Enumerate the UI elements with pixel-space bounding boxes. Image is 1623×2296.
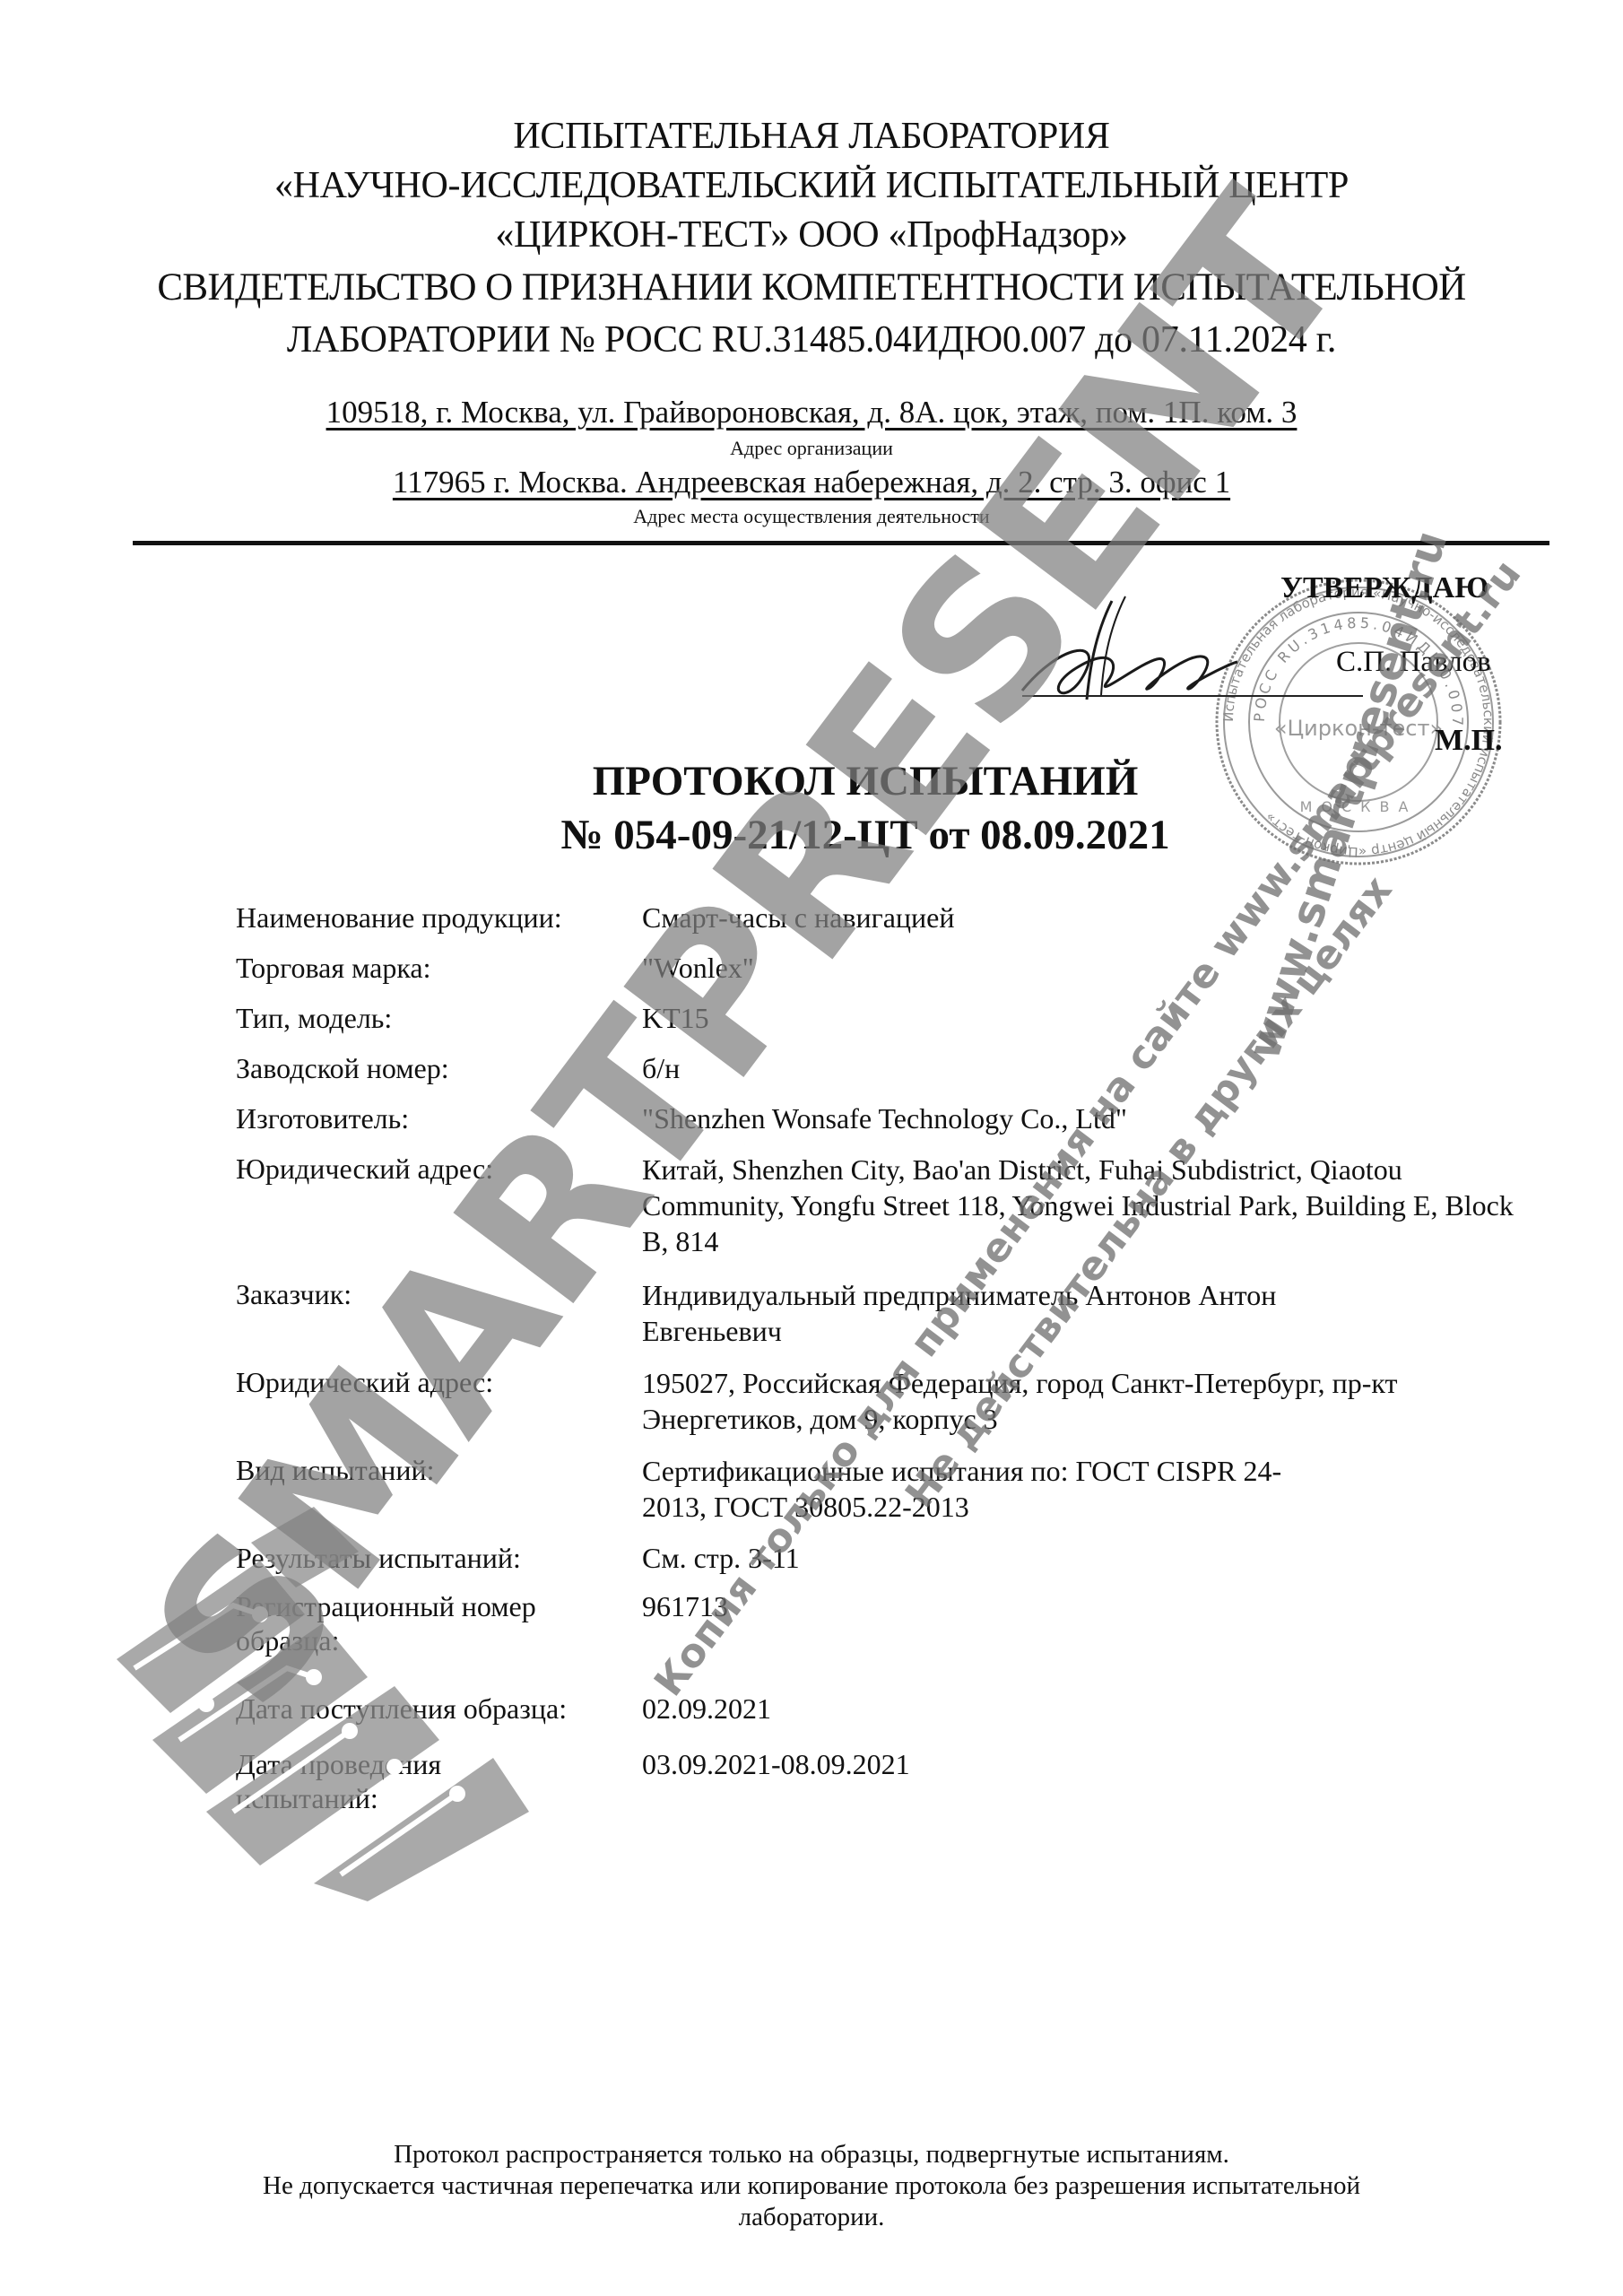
field-value-test-dates: 03.09.2021-08.09.2021 [642, 1747, 1530, 1781]
field-value-brand: "Wonlex" [642, 951, 1530, 985]
org-address: 109518, г. Москва, ул. Грайвороновская, … [0, 395, 1623, 430]
approval-label: УТВЕРЖДАЮ [1280, 571, 1488, 605]
circuit-logo-icon [99, 1471, 673, 1901]
document-page: ИСПЫТАТЕЛЬНАЯ ЛАБОРАТОРИЯ «НАУЧНО-ИССЛЕД… [0, 0, 1623, 2296]
field-value-receipt-date: 02.09.2021 [642, 1692, 1530, 1726]
field-label-brand: Торговая марка: [236, 951, 621, 985]
field-label-manufacturer-address: Юридический адрес: [236, 1152, 621, 1186]
field-value-manufacturer-address: Китай, Shenzhen City, Bao'an District, F… [642, 1152, 1530, 1259]
field-label-receipt-date: Дата поступления образца: [236, 1692, 648, 1726]
field-label-product: Наименование продукции: [236, 900, 621, 935]
field-label-manufacturer: Изготовитель: [236, 1101, 621, 1135]
signature-line [1022, 695, 1363, 697]
signature-icon [1004, 583, 1273, 717]
field-value-test-type: Сертификационные испытания по: ГОСТ CISP… [642, 1453, 1288, 1525]
field-value-results: См. стр. 3-11 [642, 1541, 1530, 1575]
field-value-serial: б/н [642, 1051, 1530, 1085]
field-value-manufacturer: "Shenzhen Wonsafe Technology Co., Ltd" [642, 1101, 1530, 1135]
certificate-line-2: ЛАБОРАТОРИИ № РОСС RU.31485.04ИДЮ0.007 д… [0, 318, 1623, 361]
field-value-customer: Индивидуальный предприниматель Антонов А… [642, 1277, 1404, 1349]
protocol-number: № 054-09-21/12-ЦТ от 08.09.2021 [54, 811, 1623, 859]
activity-address-caption: Адрес места осуществления деятельности [0, 505, 1623, 528]
lab-name-line-3: «ЦИРКОН-ТЕСТ» ООО «ПрофНадзор» [0, 213, 1623, 257]
footer-line-2: Не допускается частичная перепечатка или… [0, 2170, 1623, 2201]
field-value-registration-number: 961713 [642, 1589, 1530, 1623]
field-label-customer-address: Юридический адрес: [236, 1365, 621, 1399]
field-value-product: Смарт-часы с навигацией [642, 900, 1530, 935]
activity-address: 117965 г. Москва. Андреевская набережная… [0, 465, 1623, 500]
field-label-test-type: Вид испытаний: [236, 1453, 621, 1487]
seal-place-mark: М.П. [1435, 724, 1503, 758]
footer-line-1: Протокол распространяется только на обра… [0, 2139, 1623, 2170]
lab-name-line-1: ИСПЫТАТЕЛЬНАЯ ЛАБОРАТОРИЯ [0, 115, 1623, 158]
field-value-customer-address: 195027, Российская Федерация, город Санк… [642, 1365, 1530, 1437]
svg-text:«Циркон-тест»: «Циркон-тест» [1274, 716, 1443, 741]
activity-address-text: 117965 г. Москва. Андреевская набережная… [393, 465, 1230, 500]
field-label-customer: Заказчик: [236, 1277, 621, 1311]
field-label-serial: Заводской номер: [236, 1051, 621, 1085]
signer-name: С.П. Павлов [1336, 646, 1491, 679]
org-address-caption: Адрес организации [0, 437, 1623, 460]
field-label-model: Тип, модель: [236, 1001, 621, 1035]
org-address-text: 109518, г. Москва, ул. Грайвороновская, … [326, 395, 1298, 430]
field-label-test-dates: Дата проведения испытаний: [236, 1747, 478, 1815]
footer-line-3: лаборатории. [0, 2202, 1623, 2232]
certificate-line-1: СВИДЕТЕЛЬСТВО О ПРИЗНАНИИ КОМПЕТЕНТНОСТИ… [0, 266, 1623, 309]
lab-name-line-2: «НАУЧНО-ИССЛЕДОВАТЕЛЬСКИЙ ИСПЫТАТЕЛЬНЫЙ … [0, 164, 1623, 207]
field-value-model: KT15 [642, 1001, 1530, 1035]
protocol-title: ПРОТОКОЛ ИСПЫТАНИЙ [54, 757, 1623, 805]
header-divider [133, 541, 1549, 545]
field-label-results: Результаты испытаний: [236, 1541, 621, 1575]
field-label-registration-number: Регистрационный номер образца: [236, 1589, 595, 1657]
